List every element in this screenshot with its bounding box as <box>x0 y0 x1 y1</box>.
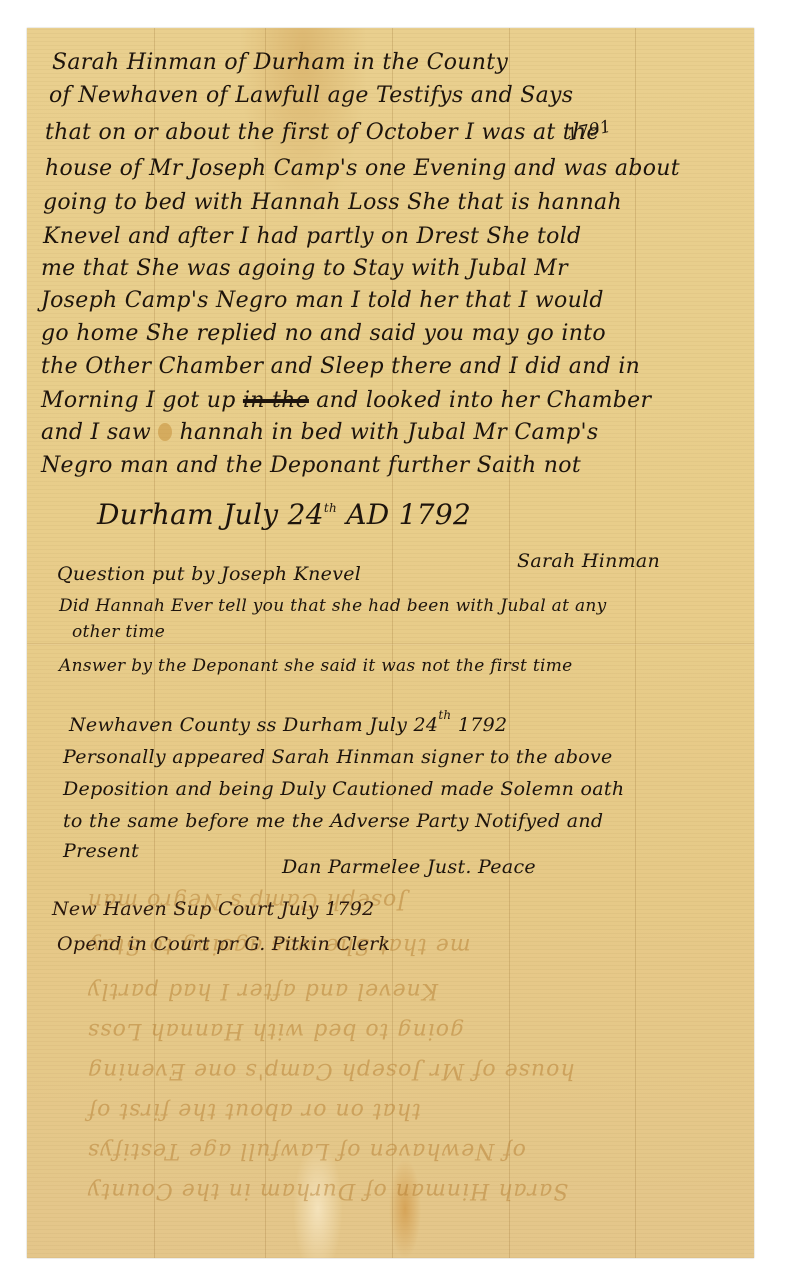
bleed-through-line: Sarah Hinman of Durham in the County <box>87 1178 568 1203</box>
date-month: July <box>223 498 278 531</box>
deposition-line: going to bed with Hannah Loss She that i… <box>43 190 622 215</box>
answer-text: Answer by the Deponant she said it was n… <box>59 656 573 676</box>
deposition-line: Knevel and after I had partly on Drest S… <box>43 224 581 249</box>
court-clerk-signature: Opend in Court pr G. Pitkin Clerk <box>57 933 390 955</box>
deposition-line: that on or about the first of October I … <box>45 120 600 145</box>
court-endorsement: New Haven Sup Court July 1792 <box>52 898 375 920</box>
ink-blot <box>158 423 172 441</box>
jurat-heading-suffix: th <box>438 708 451 722</box>
deposition-line: me that She was agoing to Stay with Juba… <box>41 256 568 281</box>
deposition-line: house of Mr Joseph Camp's one Evening an… <box>45 156 680 181</box>
jurat-heading-text: Newhaven County ss Durham July 24 <box>69 714 438 736</box>
deposition-line: Joseph Camp's Negro man I told her that … <box>41 288 604 313</box>
bleed-through-line: of Newhaven of Lawfull age Testifys <box>87 1138 526 1163</box>
deposition-line: and I saw hannah in bed with Jubal Mr Ca… <box>41 420 598 445</box>
jurat-line: Personally appeared Sarah Hinman signer … <box>63 746 613 768</box>
date-day: 24 <box>288 498 324 531</box>
deponent-signature: Sarah Hinman <box>517 550 660 572</box>
deposition-line: the Other Chamber and Sleep there and I … <box>41 354 640 379</box>
deposition-line: go home She replied no and said you may … <box>41 321 606 346</box>
bleed-through-line: Knevel and after I had partly <box>87 978 438 1003</box>
paper-fold-horizontal <box>27 643 754 645</box>
question-text: other time <box>72 622 165 642</box>
jurat-line: to the same before me the Adverse Party … <box>63 810 603 832</box>
jurat-heading: Newhaven County ss Durham July 24th 1792 <box>69 708 507 736</box>
bleed-through-line: going to bed with Hannah Loss <box>87 1018 464 1043</box>
date-year: 1792 <box>399 498 471 531</box>
jurat-line: Present <box>63 840 139 862</box>
date-day-suffix: th <box>324 501 337 515</box>
deposition-date: Durham July 24th AD 1792 <box>97 498 471 531</box>
deposition-line: Negro man and the Deponant further Saith… <box>41 453 581 478</box>
question-text: Did Hannah Ever tell you that she had be… <box>59 596 607 616</box>
deposition-line: Sarah Hinman of Durham in the County <box>52 50 508 75</box>
date-place: Durham <box>97 498 214 531</box>
deposition-text: and I saw <box>41 420 151 445</box>
jurat-heading-year: 1792 <box>458 714 508 736</box>
jurat-line: Deposition and being Duly Cautioned made… <box>63 778 624 800</box>
question-intro: Question put by Joseph Knevel <box>57 563 361 585</box>
struck-out-text: in the <box>243 388 309 413</box>
deposition-text: hannah in bed with Jubal Mr Camp's <box>180 420 599 445</box>
deposition-text: Morning I got up <box>41 388 236 413</box>
deposition-line: of Newhaven of Lawfull age Testifys and … <box>49 83 573 108</box>
date-year-prefix: AD <box>346 498 389 531</box>
bleed-through-line: house of Mr Joseph Camp's one Evening <box>87 1058 575 1083</box>
justice-signature: Dan Parmelee Just. Peace <box>282 856 536 878</box>
deposition-text: and looked into her Chamber <box>316 388 651 413</box>
bleed-through-line: that on or about the first of <box>87 1098 421 1123</box>
document-page: Sarah Hinman of Durham in the County of … <box>27 28 754 1258</box>
deposition-line: Morning I got up in the and looked into … <box>41 388 651 413</box>
